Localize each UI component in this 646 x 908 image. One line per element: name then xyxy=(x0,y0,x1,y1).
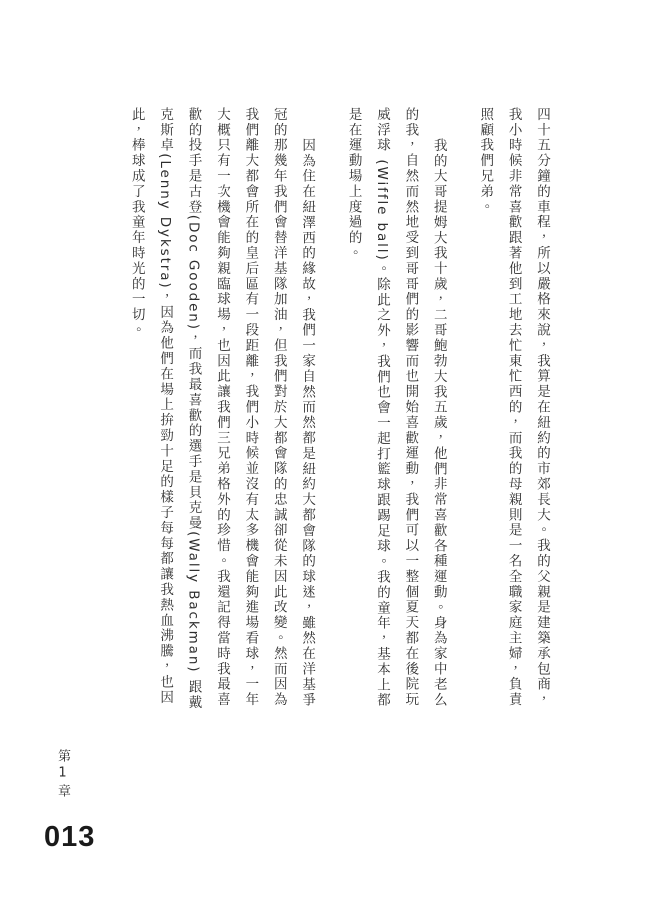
page-body-text: 四十五分鐘的車程，所以嚴格來說，我算是在紐約的市郊長大。我的父親是建築承包商，我… xyxy=(122,107,556,711)
body-paragraph: 因為住在紐澤西的緣故，我們一家自然而然都是紐約大都會隊的球迷，雖然在洋基爭冠的那… xyxy=(122,107,321,711)
page-number: 013 xyxy=(44,821,95,854)
book-page: 四十五分鐘的車程，所以嚴格來說，我算是在紐約的市郊長大。我的父親是建築承包商，我… xyxy=(0,0,646,908)
chapter-marker: 第1章 xyxy=(53,749,72,801)
body-paragraph: 四十五分鐘的車程，所以嚴格來說，我算是在紐約的市郊長大。我的父親是建築承包商，我… xyxy=(471,107,556,711)
body-paragraph: 我的大哥提姆大我十歲，二哥鮑勃大我五歲，他們非常喜歡各種運動。身為家中老么的我，… xyxy=(339,107,453,711)
